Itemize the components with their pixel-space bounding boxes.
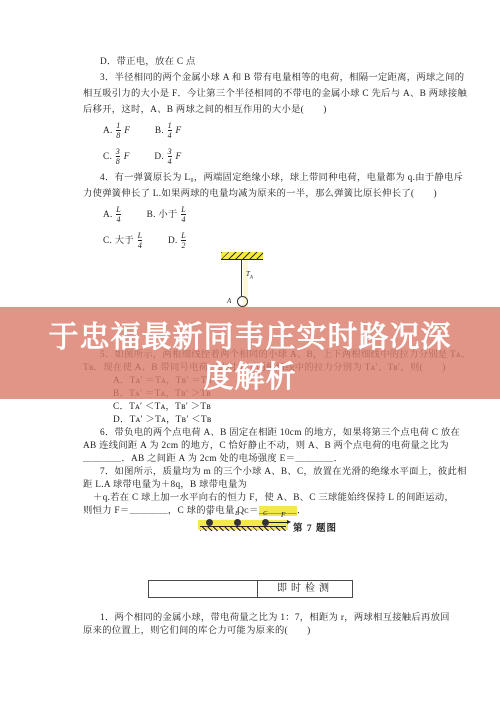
- question-block-top: D．带正电，放在 C 点 3．半径相同的两个金属小球 A 和 B 带有电量相等的…: [83, 54, 443, 254]
- ground-hatch: [200, 527, 286, 531]
- option-label: A.: [103, 126, 113, 136]
- question7-figure: A B C F 第 7 题图: [198, 512, 348, 540]
- option-suffix: F: [124, 152, 130, 162]
- fraction: 38: [116, 147, 120, 167]
- question5-option-d: D．Tᴀ′ ＞Tᴀ，Tʙ′ ＜Tʙ: [83, 414, 443, 427]
- banner-overlay: 于忠福最新同韦庄实时路况深 度解析: [0, 307, 500, 399]
- question3-line2: 相互吸引力的大小是 F．今让第三个半径相同的不带电的金属小球 C 先后与 A、B…: [83, 86, 443, 102]
- question6-line2: AB 连线间距 A 为 2cm 的地方，C 恰好静止不动，则 A、B 两个点电荷…: [83, 440, 443, 453]
- force-arrow: [269, 522, 288, 523]
- scanned-worksheet-page: D．带正电，放在 C 点 3．半径相同的两个金属小球 A 和 B 带有电量相等的…: [0, 0, 500, 707]
- figure-caption: 第 7 题图: [293, 520, 337, 534]
- option-suffix: F: [176, 126, 182, 136]
- fraction: L4: [116, 205, 121, 225]
- ball-a-label: A: [207, 510, 211, 517]
- question5-figure: TA A: [221, 250, 267, 308]
- check-question1-line2: 原来的位置上，则它们间的库仑力可能为原来的( ): [83, 625, 443, 638]
- question3-options-cd: C. 38 F D. 34 F: [83, 144, 443, 170]
- check-question1-line1: 1．两个相同的金属小球，带电荷量之比为 1：7，相距为 r，两球相互接触后再放回: [83, 612, 443, 625]
- ball-a-label: A: [227, 297, 231, 305]
- option-pre: 大于: [115, 236, 134, 246]
- question-block-bottom: 1．两个相同的金属小球，带电荷量之比为 1：7，相距为 r，两球相互接触后再放回…: [83, 612, 443, 638]
- ball-c: [262, 519, 269, 526]
- option-suffix: F: [124, 126, 130, 136]
- string-line: [241, 259, 242, 296]
- question6-line1: 6．带负电的两个点电荷 A、B 固定在相距 10cm 的地方，如果将第三个点电荷…: [83, 427, 443, 440]
- instant-check-title: 即时检测: [258, 581, 352, 597]
- question7-line1: 7．如图所示，质量均为 m 的三个小球 A、B、C，放置在光滑的绝缘水平面上，彼…: [83, 466, 443, 479]
- tension-label: TA: [246, 270, 253, 282]
- option-label: D.: [168, 236, 178, 246]
- fraction: 14: [168, 121, 172, 141]
- banner-title-line1: 于忠福最新同韦庄实时路况深: [0, 318, 500, 358]
- fraction: L2: [181, 231, 186, 251]
- question7-line2: 距 L.A 球带电量为＋8q，B 球带电量为: [83, 479, 443, 492]
- option-d-line: D．带正电，放在 C 点: [83, 54, 443, 70]
- force-arrowhead: [287, 520, 291, 524]
- fraction: L4: [138, 231, 143, 251]
- option-label: A.: [103, 210, 113, 220]
- ball-c-label: C: [263, 510, 267, 517]
- option-label: D.: [154, 152, 164, 162]
- question4-line1: 4．有一弹簧原长为 L₀，两端固定绝缘小球，球上带同种电荷，电量都为 q.由于静…: [83, 170, 443, 186]
- fraction: 18: [116, 121, 120, 141]
- fraction: L4: [181, 205, 186, 225]
- ball-b-label: B: [235, 510, 239, 517]
- question3-options-ab: A. 18 F B. 14 F: [83, 118, 443, 144]
- banner-title-line2: 度解析: [0, 358, 500, 398]
- question3-line3: 后移开，这时，A、B 两球之间的相互作用的大小是( ): [83, 102, 443, 118]
- question4-options-ab: A. L4 B. 小于 L4: [83, 202, 443, 228]
- question5-option-c: C．Tᴀ′ ＜Tᴀ，Tʙ′ ＞Tʙ: [83, 401, 443, 414]
- option-label: C.: [103, 152, 112, 162]
- ball-a: [206, 519, 213, 526]
- question7-line3: ＋q.若在 C 球上加一水平向右的恒力 F，使 A、B、C 三球能始终保持 L …: [83, 492, 443, 505]
- table-cell-empty: [149, 581, 258, 597]
- option-pre: 小于: [158, 210, 177, 220]
- ball-a: [237, 296, 248, 307]
- question3-line1: 3．半径相同的两个金属小球 A 和 B 带有电量相等的电荷，相隔一定距离，两球之…: [83, 70, 443, 86]
- option-label: B.: [147, 210, 156, 220]
- ball-b: [234, 519, 241, 526]
- question6-line3: ＿＿＿＿．AB 之间距 A 为 2cm 处的电场强度 E＝＿＿＿＿．: [83, 453, 443, 466]
- option-label: B.: [155, 126, 164, 136]
- force-label: F: [281, 511, 285, 519]
- question4-line2: 力使弹簧伸长了 L.如果两球的电量均减为原来的一半，那么弹簧比原长伸长了( ): [83, 186, 443, 202]
- instant-check-table: 即时检测: [148, 580, 353, 598]
- option-suffix: F: [176, 152, 182, 162]
- ceiling-hatch: [221, 252, 263, 260]
- option-label: C.: [103, 236, 112, 246]
- fraction: 34: [168, 147, 172, 167]
